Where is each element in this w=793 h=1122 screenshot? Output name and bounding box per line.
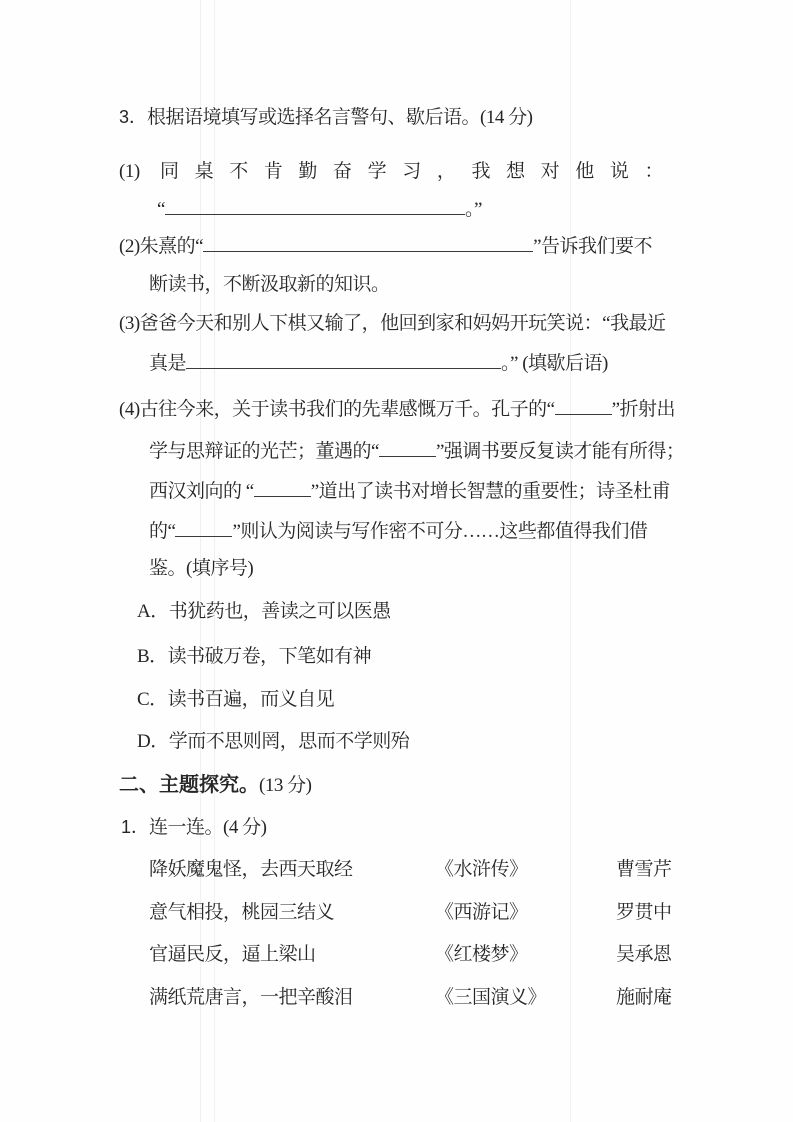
item-2-prefix: (2)朱熹的“ <box>119 236 203 257</box>
item-2-suffix: ”告诉我们要不 <box>533 236 652 257</box>
item-3-line-1: (3)爸爸今天和别人下棋又输了，他回到家和妈妈开玩笑说：“我最近 <box>119 310 666 338</box>
blank-underline <box>203 248 533 252</box>
item-4-line-2-suffix: ”强调书要反复读才能有所得； <box>436 441 684 462</box>
option-c: C．读书百遍，而义自见 <box>137 686 334 714</box>
option-b: B．读书破万卷，下笔如有神 <box>137 643 371 671</box>
clue-text: 满纸荒唐言，一把辛酸泪 <box>149 984 435 1012</box>
match-row: 意气相投，桃园三结义 《西游记》 罗贯中 <box>149 899 672 927</box>
item-4-line-3-prefix: 西汉刘向的 “ <box>149 481 254 502</box>
blank-underline <box>165 211 465 215</box>
author-name: 吴承恩 <box>616 941 672 969</box>
author-name: 施耐庵 <box>616 984 672 1012</box>
clue-text: 官逼民反，逼上梁山 <box>149 941 435 969</box>
author-name: 曹雪芹 <box>616 856 672 884</box>
section-2-points: (13 分) <box>259 775 311 796</box>
blank-underline-small <box>254 493 311 497</box>
book-title: 《三国演义》 <box>435 984 616 1012</box>
item-4-line-1-suffix: ”折射出 <box>612 399 675 420</box>
author-name: 罗贯中 <box>616 899 672 927</box>
close-quote: 。” <box>465 199 482 220</box>
item-2-line-2: 断读书，不断汲取新的知识。 <box>149 271 390 299</box>
option-a: A．书犹药也，善读之可以医愚 <box>137 598 391 626</box>
item-4-line-2: 学与思辩证的光芒；董遇的“”强调书要反复读才能有所得； <box>149 438 684 466</box>
item-4-line-2-prefix: 学与思辩证的光芒；董遇的“ <box>149 441 379 462</box>
open-quote: “ <box>157 199 165 220</box>
question-3-title: 根据语境填写或选择名言警句、歇后语。 <box>147 107 480 128</box>
item-4-line-1-prefix: (4)古往今来，关于读书我们的先辈感慨万千。孔子的“ <box>119 399 555 420</box>
question-3-points: (14 分) <box>480 107 532 128</box>
question-3-number: 3． <box>119 107 147 127</box>
blank-underline-small <box>555 411 612 415</box>
match-row: 满纸荒唐言，一把辛酸泪 《三国演义》 施耐庵 <box>149 984 672 1012</box>
item-4-line-3-suffix: ”道出了读书对增长智慧的重要性；诗圣杜甫 <box>311 481 670 502</box>
section-2-heading: 二、主题探究。(13 分) <box>119 771 311 800</box>
item-2-line-1: (2)朱熹的“”告诉我们要不 <box>119 233 652 261</box>
item-3-line-2-suffix: 。” (填歇后语) <box>501 353 608 374</box>
section-2-title: 二、主题探究。 <box>119 774 259 796</box>
option-d: D．学而不思则罔，思而不学则殆 <box>137 728 409 756</box>
clue-text: 意气相投，桃园三结义 <box>149 899 435 927</box>
clue-text: 降妖魔鬼怪，去西天取经 <box>149 856 435 884</box>
question-1-title: 连一连。 <box>149 817 223 838</box>
test-paper-page: 3．根据语境填写或选择名言警句、歇后语。(14 分) (1) 同桌不肯勤奋学习，… <box>0 0 793 1122</box>
item-1-line-1: (1) 同桌不肯勤奋学习，我想对他说： <box>119 158 663 186</box>
match-row: 官逼民反，逼上梁山 《红楼梦》 吴承恩 <box>149 941 672 969</box>
item-3-line-2: 真是。” (填歇后语) <box>149 350 608 378</box>
book-title: 《水浒传》 <box>435 856 616 884</box>
item-1-line-2: “。” <box>157 196 482 224</box>
match-row: 降妖魔鬼怪，去西天取经 《水浒传》 曹雪芹 <box>149 856 672 884</box>
blank-underline-small <box>379 453 436 457</box>
question-3-heading: 3．根据语境填写或选择名言警句、歇后语。(14 分) <box>119 103 532 132</box>
book-title: 《西游记》 <box>435 899 616 927</box>
question-1-number: 1． <box>121 817 149 837</box>
item-4-line-4-suffix: ”则认为阅读与写作密不可分……这些都值得我们借 <box>232 521 647 542</box>
blank-underline-small <box>175 533 232 537</box>
book-title: 《红楼梦》 <box>435 941 616 969</box>
item-4-line-1: (4)古往今来，关于读书我们的先辈感慨万千。孔子的“”折射出 <box>119 396 675 424</box>
item-4-line-3: 西汉刘向的 “”道出了读书对增长智慧的重要性；诗圣杜甫 <box>149 478 670 506</box>
blank-underline <box>186 365 501 369</box>
item-4-line-4-prefix: 的“ <box>149 521 175 542</box>
section-2-question-1-heading: 1．连一连。(4 分) <box>121 813 266 842</box>
question-1-points: (4 分) <box>223 817 266 838</box>
item-4-line-5: 鉴。(填序号) <box>149 555 253 583</box>
item-4-line-4: 的“”则认为阅读与写作密不可分……这些都值得我们借 <box>149 518 647 546</box>
item-3-line-2-prefix: 真是 <box>149 353 186 374</box>
